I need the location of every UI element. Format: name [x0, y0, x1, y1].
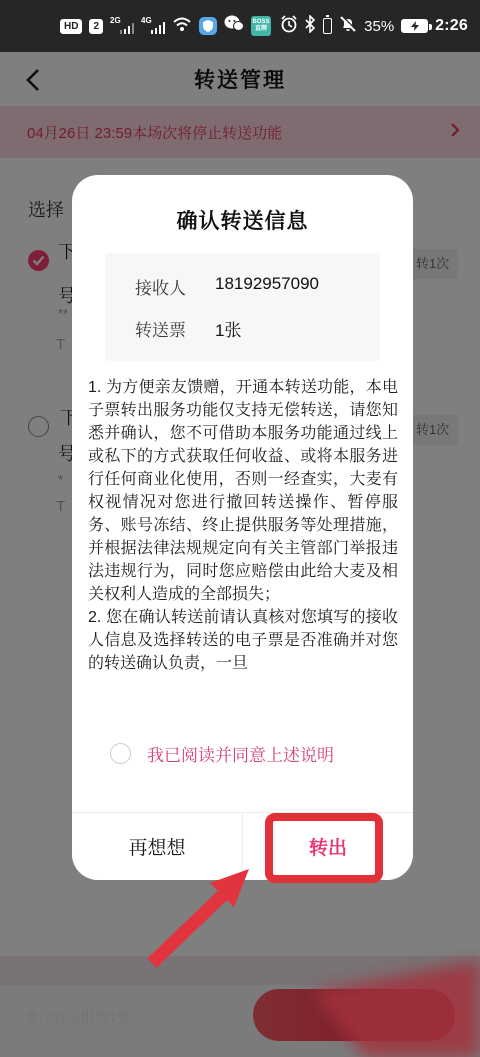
signal-4g-icon: 4G — [141, 17, 165, 35]
charging-battery-icon — [401, 19, 428, 33]
wechat-icon — [224, 15, 244, 37]
confirm-transfer-modal: 确认转送信息 接收人 18192957090 转送票 1张 1. 为方便亲友馈赠… — [72, 175, 413, 880]
bell-muted-icon — [339, 15, 357, 38]
receiver-row: 接收人 18192957090 — [135, 274, 380, 299]
status-right-icons: 35% 2:26 — [280, 15, 468, 38]
ticket-count-label: 转送票 — [135, 316, 197, 341]
ticket-count-value: 1张 — [215, 316, 241, 341]
highlight-rectangle-annotation — [265, 813, 383, 883]
phone-screen: HD 2 2G 4G — [0, 0, 480, 1057]
clock-time-text: 2:26 — [435, 17, 468, 35]
agreement-label[interactable]: 我已阅读并同意上述说明 — [147, 741, 334, 766]
arrow-annotation — [118, 852, 278, 992]
boss-zhipin-app-icon: BOSS 直聘 — [251, 16, 271, 36]
shield-security-icon — [199, 17, 217, 35]
terms-paragraph-1: 1. 为方便亲友馈赠，开通本转送功能，本电子票转出服务功能仅支持无偿转送，请您知… — [88, 376, 398, 606]
alarm-clock-icon — [280, 15, 298, 38]
terms-text: 1. 为方便亲友馈赠，开通本转送功能，本电子票转出服务功能仅支持无偿转送，请您知… — [88, 376, 398, 730]
bluetooth-icon — [305, 15, 316, 38]
receiver-phone-value: 18192957090 — [215, 274, 319, 299]
sim2-icon: 2 — [89, 19, 103, 34]
battery-percent-text: 35% — [364, 18, 394, 35]
terms-paragraph-2: 2. 您在确认转送前请认真核对您填写的接收人信息及选择转送的电子票是否准确并对您… — [88, 606, 398, 675]
wifi-icon — [172, 16, 192, 37]
agreement-row: 我已阅读并同意上述说明 — [110, 741, 334, 766]
signal-2g-icon: 2G — [110, 17, 134, 35]
modal-title: 确认转送信息 — [72, 205, 413, 235]
receiver-label: 接收人 — [135, 274, 197, 299]
device-battery-icon — [323, 18, 332, 34]
status-left-icons: HD 2 2G 4G — [60, 15, 271, 37]
hd-voice-icon: HD — [60, 19, 82, 34]
status-bar: HD 2 2G 4G — [0, 0, 480, 52]
ticket-count-row: 转送票 1张 — [135, 316, 380, 341]
agreement-checkbox[interactable] — [110, 743, 131, 764]
transfer-info-box: 接收人 18192957090 转送票 1张 — [105, 253, 380, 361]
arrow-tail-blur-annotation — [295, 950, 480, 1057]
